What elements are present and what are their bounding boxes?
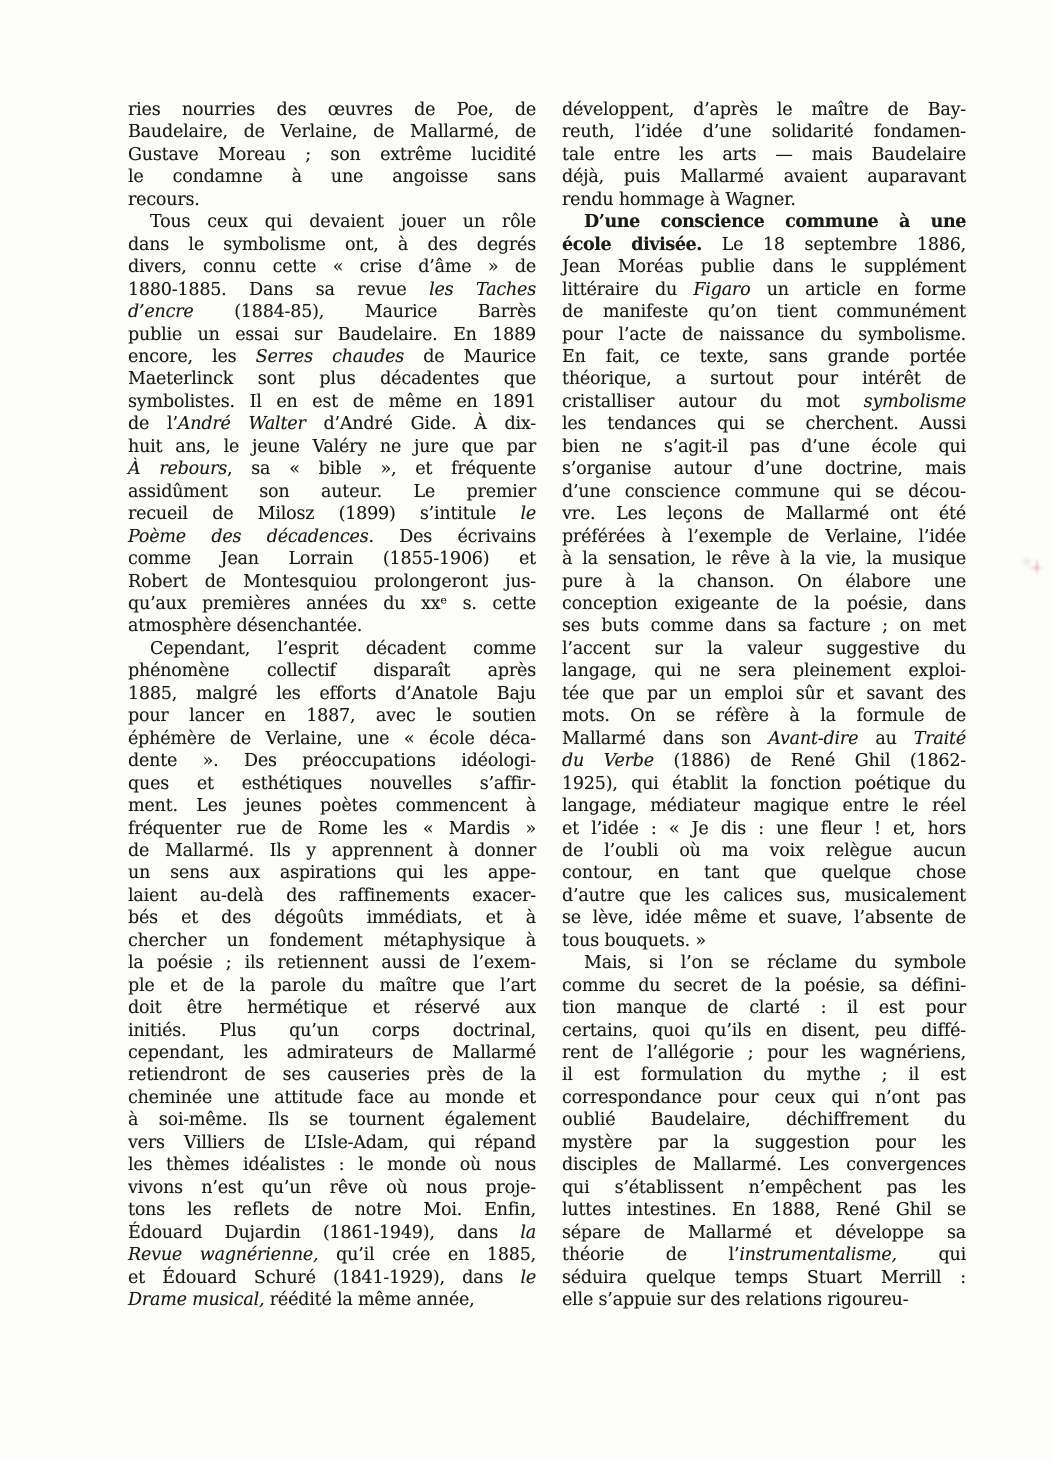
text-line: correspondance pour ceux qui n’ont pas (562, 1087, 966, 1109)
text-line: encore, les Serres chaudes de Maurice (128, 346, 536, 368)
text-run: de manifeste qu’on tient communément (562, 302, 966, 322)
text-run: 1880-1885. Dans sa revue (128, 280, 429, 300)
text-run: les tendances qui se cherchent. Aussi (562, 414, 966, 434)
text-line: séduira quelque temps Stuart Merrill : (562, 1267, 966, 1289)
text-run: de Maurice (404, 347, 536, 367)
text-line: le condamne à une angoisse sans (128, 166, 536, 188)
text-line: déjà, puis Mallarmé avaient auparavant (562, 166, 966, 188)
text-run: luttes intestines. En 1888, René Ghil se (562, 1200, 966, 1220)
text-line: et l’idée : « Je dis : une fleur ! et, h… (562, 818, 966, 840)
text-run: et l’idée : « Je dis : une fleur ! et, h… (562, 819, 966, 839)
text-line: de Mallarmé. Ils y apprennent à donner (128, 840, 536, 862)
text-line: se lève, idée même et suave, l’absente d… (562, 907, 966, 929)
text-line: fréquenter rue de Rome les « Mardis » (128, 818, 536, 840)
scanned-page: { "page": { "kind": "scanned book page",… (0, 0, 1053, 1462)
text-line: 1880-1885. Dans sa revue les Taches (128, 279, 536, 301)
text-run: correspondance pour ceux qui n’ont pas (562, 1088, 966, 1108)
text-line: d’autre que les calices sus, musicalemen… (562, 885, 966, 907)
text-run: à soi-même. Ils se tournent également (128, 1110, 536, 1130)
text-run: disciples de Mallarmé. Les convergences (562, 1155, 966, 1175)
text-line: certains, quoi qu’ils en disent, peu dif… (562, 1020, 966, 1042)
text-run: assidûment son auteur. Le premier (128, 482, 536, 502)
italic-run: Revue wagnérienne, (128, 1245, 318, 1265)
italic-run: le (520, 504, 536, 524)
text-run: langage, qui ne sera pleinement exploi- (562, 661, 966, 681)
text-run: En fait, ce texte, sans grande portée (562, 347, 966, 367)
text-line: qu’aux premières années du xxᵉ s. cette (128, 593, 536, 615)
text-line: conception exigeante de la poésie, dans (562, 593, 966, 615)
text-line: retiendront de ses causeries près de la (128, 1064, 536, 1086)
text-run: Cependant, l’esprit décadent comme (150, 639, 536, 659)
paragraph: ries nourries des œuvres de Poe, deBaude… (128, 99, 536, 211)
text-line: mystère par la suggestion pour les (562, 1132, 966, 1154)
text-run: les thèmes idéalistes : le monde où nous (128, 1155, 536, 1175)
text-run: tée que par un emploi sûr et savant des (562, 684, 966, 704)
text-run: mots. On se réfère à la formule de (562, 706, 966, 726)
italic-run: Drame musical, (128, 1290, 264, 1310)
page-background: ries nourries des œuvres de Poe, deBaude… (0, 0, 1053, 1462)
text-run: fréquenter rue de Rome les « Mardis » (128, 819, 536, 839)
text-run: doit être hermétique et réservé aux (128, 998, 536, 1018)
paragraph: Cependant, l’esprit décadent commephénom… (128, 638, 536, 1312)
paragraph: Mais, si l’on se réclame du symbolecomme… (562, 952, 966, 1311)
text-run: dente ». Des préoccupations idéologi- (128, 751, 536, 771)
text-line: comme du secret de la poésie, sa défini- (562, 975, 966, 997)
text-run: pure à la chanson. On élabore une (562, 572, 966, 592)
text-line: tale entre les arts — mais Baudelaire (562, 144, 966, 166)
text-line: contour, en tant que quelque chose (562, 862, 966, 884)
text-line: de manifeste qu’on tient communément (562, 301, 966, 323)
italic-run: d’encre (128, 302, 194, 322)
text-run: qu’il crée en 1885, (318, 1245, 536, 1265)
text-run: qui s’établissent n’empêchent pas les (562, 1178, 966, 1198)
text-run: publie un essai sur Baudelaire. En 1889 (128, 325, 536, 345)
text-run: Maeterlinck sont plus décadentes que (128, 369, 536, 389)
text-run: conception exigeante de la poésie, dans (562, 594, 966, 614)
text-line: de l’oubli où ma voix relègue aucun (562, 840, 966, 862)
text-run: la poésie ; ils retiennent aussi de l’ex… (128, 953, 536, 973)
text-run: oublié Baudelaire, déchiffrement du (562, 1110, 966, 1130)
text-line: oublié Baudelaire, déchiffrement du (562, 1109, 966, 1131)
text-line: ries nourries des œuvres de Poe, de (128, 99, 536, 121)
text-line: du Verbe (1886) de René Ghil (1862- (562, 750, 966, 772)
text-line: 1925), qui établit la fonction poétique … (562, 773, 966, 795)
text-line: elle s’appuie sur des relations rigoureu… (562, 1289, 966, 1311)
italic-run: instrumentalisme, (739, 1245, 897, 1265)
italic-run: du Verbe (562, 751, 654, 771)
text-line: développent, d’après le maître de Bay- (562, 99, 966, 121)
text-run: ple et de la parole du maître que l’art (128, 976, 536, 996)
text-run: bien ne s’agit-il pas d’une école qui (562, 437, 966, 457)
text-line: Tous ceux qui devaient jouer un rôle (128, 211, 536, 233)
text-line: recours. (128, 189, 536, 211)
text-run: théorie de l’ (562, 1245, 739, 1265)
text-line: divers, connu cette « crise d’âme » de (128, 256, 536, 278)
paragraph: Tous ceux qui devaient jouer un rôledans… (128, 211, 536, 638)
text-line: cependant, les admirateurs de Mallarmé (128, 1042, 536, 1064)
text-run: 1925), qui établit la fonction poétique … (562, 774, 966, 794)
italic-run: Poème des décadences. (128, 527, 374, 547)
text-line: Mais, si l’on se réclame du symbole (562, 952, 966, 974)
text-column-left: ries nourries des œuvres de Poe, deBaude… (128, 99, 536, 1311)
italic-run: Traité (914, 729, 966, 749)
text-line: bés et des dégoûts immédiats, et à (128, 907, 536, 929)
text-run: elle s’appuie sur des relations rigoureu… (562, 1290, 908, 1310)
text-run: Édouard Dujardin (1861-1949), dans (128, 1223, 520, 1243)
text-line: Maeterlinck sont plus décadentes que (128, 368, 536, 390)
text-line: laient au-delà des raffinements exacer- (128, 885, 536, 907)
text-line: assidûment son auteur. Le premier (128, 481, 536, 503)
text-line: Poème des décadences. Des écrivains (128, 526, 536, 548)
text-line: tons les reflets de notre Moi. Enfin, (128, 1199, 536, 1221)
text-run: éphémère de Verlaine, une « école déca- (128, 729, 536, 749)
text-line: Cependant, l’esprit décadent comme (128, 638, 536, 660)
text-run: retiendront de ses causeries près de la (128, 1065, 536, 1085)
text-line: tion manque de clarté : il est pour (562, 997, 966, 1019)
text-run: qu’aux premières années du xxᵉ s. cette (128, 594, 536, 614)
text-run: laient au-delà des raffinements exacer- (128, 886, 536, 906)
text-run: Jean Moréas publie dans le supplément (562, 257, 966, 277)
text-line: dans le symbolisme ont, à des degrés (128, 234, 536, 256)
text-run: Mais, si l’on se réclame du symbole (584, 953, 966, 973)
text-run: un sens aux aspirations qui les appe- (128, 863, 536, 883)
text-line: pour lancer en 1887, avec le soutien (128, 705, 536, 727)
text-line: mots. On se réfère à la formule de (562, 705, 966, 727)
text-line: phénomène collectif disparaît après (128, 660, 536, 682)
text-line: les tendances qui se cherchent. Aussi (562, 413, 966, 435)
text-run: s’organise autour d’une doctrine, mais (562, 459, 966, 479)
text-line: cheminée une attitude face au monde et (128, 1087, 536, 1109)
text-run: Mallarmé dans son (562, 729, 768, 749)
text-line: disciples de Mallarmé. Les convergences (562, 1154, 966, 1176)
text-line: à la sensation, le rêve à la vie, la mus… (562, 548, 966, 570)
text-run: préférées à l’exemple de Verlaine, l’idé… (562, 527, 966, 547)
text-line: théorie de l’instrumentalisme, qui (562, 1244, 966, 1266)
text-line: Gustave Moreau ; son extrême lucidité (128, 144, 536, 166)
text-run: , sa « bible », et fréquente (227, 459, 536, 479)
text-line: d’encre (1884-85), Maurice Barrès (128, 301, 536, 323)
text-line: un sens aux aspirations qui les appe- (128, 862, 536, 884)
text-run: déjà, puis Mallarmé avaient auparavant (562, 167, 966, 187)
text-run: pour l’acte de naissance du symbolisme. (562, 325, 966, 345)
text-line: l’accent sur la valeur suggestive du (562, 638, 966, 660)
text-run: de Mallarmé. Ils y apprennent à donner (128, 841, 536, 861)
text-line: ment. Les jeunes poètes commencent à (128, 795, 536, 817)
text-run: à la sensation, le rêve à la vie, la mus… (562, 549, 966, 569)
text-line: vers Villiers de L’Isle-Adam, qui répand (128, 1132, 536, 1154)
text-line: école divisée. Le 18 septembre 1886, (562, 234, 966, 256)
text-line: Drame musical, réédité la même année, (128, 1289, 536, 1311)
text-line: tous bouquets. » (562, 930, 966, 952)
text-run: se lève, idée même et suave, l’absente d… (562, 908, 966, 928)
text-line: luttes intestines. En 1888, René Ghil se (562, 1199, 966, 1221)
text-run: chercher un fondement métaphysique à (128, 931, 536, 951)
text-run: certains, quoi qu’ils en disent, peu dif… (562, 1021, 966, 1041)
italic-run: Figaro (693, 280, 750, 300)
text-run: symbolistes. Il en est de même en 1891 (128, 392, 536, 412)
text-line: vivons n’est qu’un rêve où nous proje- (128, 1177, 536, 1199)
paragraph: développent, d’après le maître de Bay-re… (562, 99, 966, 211)
text-line: qui s’établissent n’empêchent pas les (562, 1177, 966, 1199)
text-line: vre. Les leçons de Mallarmé ont été (562, 503, 966, 525)
text-run: littéraire du (562, 280, 693, 300)
text-line: les thèmes idéalistes : le monde où nous (128, 1154, 536, 1176)
text-run: Des écrivains (374, 527, 536, 547)
text-line: À rebours, sa « bible », et fréquente (128, 458, 536, 480)
text-line: chercher un fondement métaphysique à (128, 930, 536, 952)
text-run: Robert de Montesquiou prolongeront jus- (128, 572, 536, 592)
text-line: reuth, l’idée d’une solidarité fondamen- (562, 121, 966, 143)
text-run: initiés. Plus qu’un corps doctrinal, (128, 1021, 536, 1041)
text-run: cependant, les admirateurs de Mallarmé (128, 1043, 536, 1063)
bold-run: D’une conscience commune à une (584, 212, 966, 232)
text-run: (1884-85), Maurice Barrès (194, 302, 536, 322)
text-line: théorique, a surtout pour intérêt de (562, 368, 966, 390)
text-line: pour l’acte de naissance du symbolisme. (562, 324, 966, 346)
text-run: théorique, a surtout pour intérêt de (562, 369, 966, 389)
text-line: Baudelaire, de Verlaine, de Mallarmé, de (128, 121, 536, 143)
text-line: Mallarmé dans son Avant-dire au Traité (562, 728, 966, 750)
text-line: Revue wagnérienne, qu’il crée en 1885, (128, 1244, 536, 1266)
text-run: vers Villiers de L’Isle-Adam, qui répand (128, 1133, 536, 1153)
text-line: préférées à l’exemple de Verlaine, l’idé… (562, 526, 966, 548)
text-line: à soi-même. Ils se tournent également (128, 1109, 536, 1131)
text-run: phénomène collectif disparaît après (128, 661, 536, 681)
pink-scan-smudge (1018, 548, 1052, 588)
text-line: recueil de Milosz (1899) s’intitule le (128, 503, 536, 525)
text-run: d’une conscience commune qui se décou- (562, 482, 966, 502)
text-line: de l’André Walter d’André Gide. À dix- (128, 413, 536, 435)
text-run: l’accent sur la valeur suggestive du (562, 639, 966, 659)
text-run: divers, connu cette « crise d’âme » de (128, 257, 536, 277)
text-run: d’autre que les calices sus, musicalemen… (562, 886, 966, 906)
text-line: publie un essai sur Baudelaire. En 1889 (128, 324, 536, 346)
text-line: d’une conscience commune qui se décou- (562, 481, 966, 503)
text-run: de l’ (128, 414, 178, 434)
text-line: langage, médiateur magique entre le réel (562, 795, 966, 817)
text-line: et Édouard Schuré (1841-1929), dans le (128, 1267, 536, 1289)
text-run: rent de l’allégorie ; pour les wagnérien… (562, 1043, 966, 1063)
text-line: il est formulation du mythe ; il est (562, 1064, 966, 1086)
italic-run: les Taches (429, 280, 536, 300)
italic-run: symbolisme (864, 392, 966, 412)
text-run: pour lancer en 1887, avec le soutien (128, 706, 536, 726)
text-run: tion manque de clarté : il est pour (562, 998, 966, 1018)
text-run: cheminée une attitude face au monde et (128, 1088, 536, 1108)
text-line: ple et de la parole du maître que l’art (128, 975, 536, 997)
text-line: littéraire du Figaro un article en forme (562, 279, 966, 301)
text-line: ques et esthétiques nouvelles s’affir- (128, 773, 536, 795)
text-run: langage, médiateur magique entre le réel (562, 796, 966, 816)
text-run: mystère par la suggestion pour les (562, 1133, 966, 1153)
text-line: Robert de Montesquiou prolongeront jus- (128, 571, 536, 593)
text-line: En fait, ce texte, sans grande portée (562, 346, 966, 368)
text-line: s’organise autour d’une doctrine, mais (562, 458, 966, 480)
text-run: et Édouard Schuré (1841-1929), dans (128, 1268, 520, 1288)
italic-run: le (520, 1268, 536, 1288)
text-line: rendu hommage à Wagner. (562, 189, 966, 211)
text-line: la poésie ; ils retiennent aussi de l’ex… (128, 952, 536, 974)
text-run: 1885, malgré les efforts d’Anatole Baju (128, 684, 536, 704)
text-run: Le 18 septembre 1886, (702, 235, 966, 255)
text-run: réédité la même année, (264, 1290, 474, 1310)
text-run: tons les reflets de notre Moi. Enfin, (128, 1200, 536, 1220)
text-run: tale entre les arts — mais Baudelaire (562, 145, 966, 165)
text-run: recours. (128, 190, 200, 210)
text-line: symbolistes. Il en est de même en 1891 (128, 391, 536, 413)
text-run: contour, en tant que quelque chose (562, 863, 966, 883)
text-line: éphémère de Verlaine, une « école déca- (128, 728, 536, 750)
text-run: il est formulation du mythe ; il est (562, 1065, 966, 1085)
text-run: sépare de Mallarmé et développe sa (562, 1223, 966, 1243)
text-run: dans le symbolisme ont, à des degrés (128, 235, 536, 255)
text-line: cristalliser autour du mot symbolisme (562, 391, 966, 413)
text-run: cristalliser autour du mot (562, 392, 864, 412)
text-run: tous bouquets. » (562, 931, 706, 951)
italic-run: Serres chaudes (256, 347, 404, 367)
text-line: Jean Moréas publie dans le supplément (562, 256, 966, 278)
text-run: atmosphère désenchantée. (128, 616, 362, 636)
text-line: doit être hermétique et réservé aux (128, 997, 536, 1019)
text-line: atmosphère désenchantée. (128, 615, 536, 637)
text-run: qui (897, 1245, 966, 1265)
text-run: vivons n’est qu’un rêve où nous proje- (128, 1178, 536, 1198)
text-line: pure à la chanson. On élabore une (562, 571, 966, 593)
text-run: ques et esthétiques nouvelles s’affir- (128, 774, 536, 794)
paragraph: D’une conscience commune à uneécole divi… (562, 211, 966, 952)
text-run: séduira quelque temps Stuart Merrill : (562, 1268, 966, 1288)
text-line: langage, qui ne sera pleinement exploi- (562, 660, 966, 682)
italic-run: Avant-dire (768, 729, 858, 749)
text-line: rent de l’allégorie ; pour les wagnérien… (562, 1042, 966, 1064)
bold-run: école divisée. (562, 235, 702, 255)
text-line: comme Jean Lorrain (1855-1906) et (128, 548, 536, 570)
italic-run: la (520, 1223, 536, 1243)
text-run: un article en forme (750, 280, 966, 300)
text-line: bien ne s’agit-il pas d’une école qui (562, 436, 966, 458)
text-line: dente ». Des préoccupations idéologi- (128, 750, 536, 772)
text-line: Édouard Dujardin (1861-1949), dans la (128, 1222, 536, 1244)
text-run: ses buts comme dans sa facture ; on met (562, 616, 966, 636)
text-run: Baudelaire, de Verlaine, de Mallarmé, de (128, 122, 536, 142)
text-line: D’une conscience commune à une (562, 211, 966, 233)
text-run: huit ans, le jeune Valéry ne jure que pa… (128, 437, 536, 457)
text-run: le condamne à une angoisse sans (128, 167, 536, 187)
text-column-right: développent, d’après le maître de Bay-re… (562, 99, 966, 1311)
text-line: huit ans, le jeune Valéry ne jure que pa… (128, 436, 536, 458)
text-run: Tous ceux qui devaient jouer un rôle (150, 212, 536, 232)
text-run: ment. Les jeunes poètes commencent à (128, 796, 536, 816)
text-run: Gustave Moreau ; son extrême lucidité (128, 145, 536, 165)
text-line: 1885, malgré les efforts d’Anatole Baju (128, 683, 536, 705)
text-line: initiés. Plus qu’un corps doctrinal, (128, 1020, 536, 1042)
text-run: de l’oubli où ma voix relègue aucun (562, 841, 966, 861)
text-run: développent, d’après le maître de Bay- (562, 100, 966, 120)
text-run: comme du secret de la poésie, sa défini- (562, 976, 966, 996)
text-line: sépare de Mallarmé et développe sa (562, 1222, 966, 1244)
text-run: (1886) de René Ghil (1862- (654, 751, 966, 771)
text-run: vre. Les leçons de Mallarmé ont été (562, 504, 966, 524)
italic-run: André Walter (178, 414, 306, 434)
text-run: au (858, 729, 914, 749)
text-run: reuth, l’idée d’une solidarité fondamen- (562, 122, 966, 142)
text-run: bés et des dégoûts immédiats, et à (128, 908, 536, 928)
text-line: ses buts comme dans sa facture ; on met (562, 615, 966, 637)
text-run: ries nourries des œuvres de Poe, de (128, 100, 536, 120)
text-run: rendu hommage à Wagner. (562, 190, 796, 210)
text-run: d’André Gide. À dix- (306, 414, 536, 434)
text-line: tée que par un emploi sûr et savant des (562, 683, 966, 705)
text-run: encore, les (128, 347, 256, 367)
text-run: recueil de Milosz (1899) s’intitule (128, 504, 520, 524)
italic-run: À rebours (128, 459, 227, 479)
text-run: comme Jean Lorrain (1855-1906) et (128, 549, 536, 569)
